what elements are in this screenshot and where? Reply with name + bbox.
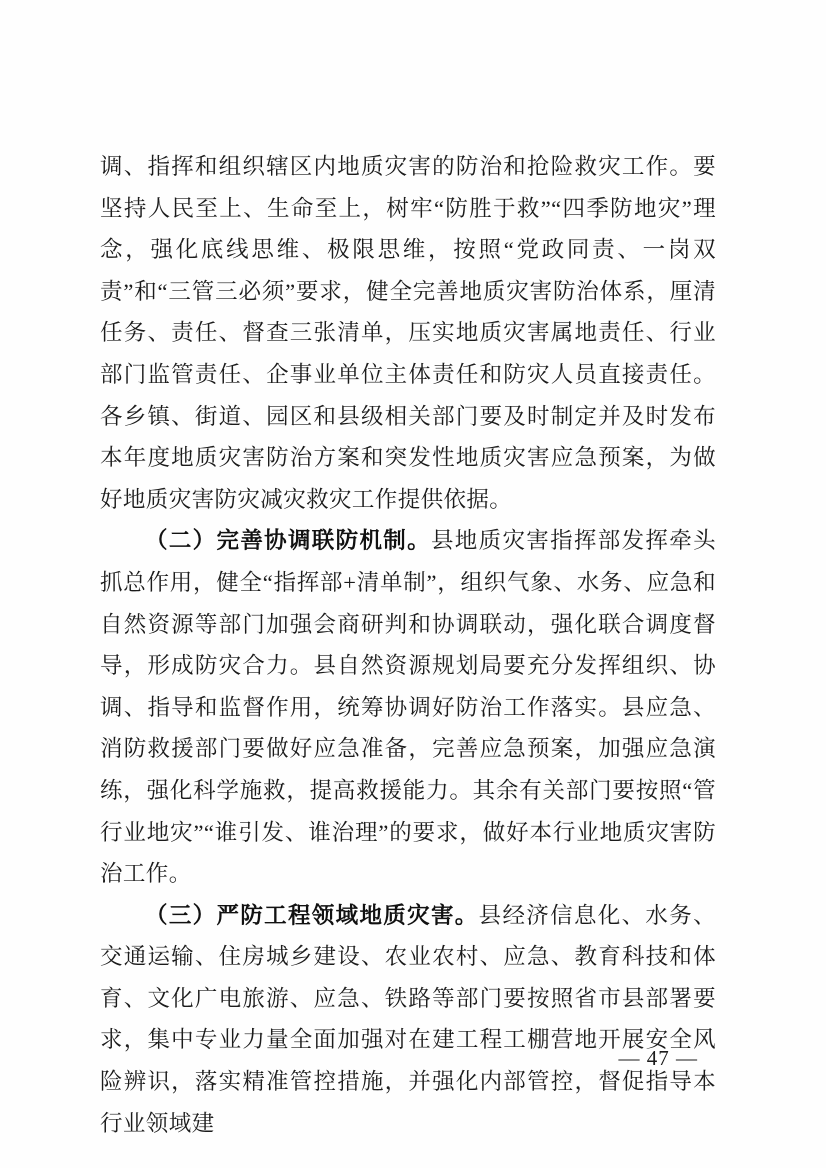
paragraph-continuation: 调、指挥和组织辖区内地质灾害的防治和抢险救灾工作。要坚持人民至上、生命至上，树牢… <box>100 146 716 520</box>
document-body: 调、指挥和组织辖区内地质灾害的防治和抢险救灾工作。要坚持人民至上、生命至上，树牢… <box>100 146 716 1144</box>
paragraph-text: 调、指挥和组织辖区内地质灾害的防治和抢险救灾工作。要坚持人民至上、生命至上，树牢… <box>100 154 716 512</box>
paragraph-text: 县地质灾害指挥部发挥牵头抓总作用，健全“指挥部+清单制”，组织气象、水务、应急和… <box>100 528 716 886</box>
document-page: 调、指挥和组织辖区内地质灾害的防治和抢险救灾工作。要坚持人民至上、生命至上，树牢… <box>0 0 826 1168</box>
page-number: — 47 — <box>619 1046 699 1071</box>
paragraph-text: 县经济信息化、水务、交通运输、住房城乡建设、农业农村、应急、教育科技和体育、文化… <box>100 903 716 1136</box>
paragraph-section-3: （三）严防工程领域地质灾害。县经济信息化、水务、交通运输、住房城乡建设、农业农村… <box>100 895 716 1145</box>
section-heading: （二）完善协调联防机制。 <box>145 528 431 553</box>
paragraph-section-2: （二）完善协调联防机制。县地质灾害指挥部发挥牵头抓总作用，健全“指挥部+清单制”… <box>100 520 716 894</box>
section-heading: （三）严防工程领域地质灾害。 <box>145 903 479 928</box>
